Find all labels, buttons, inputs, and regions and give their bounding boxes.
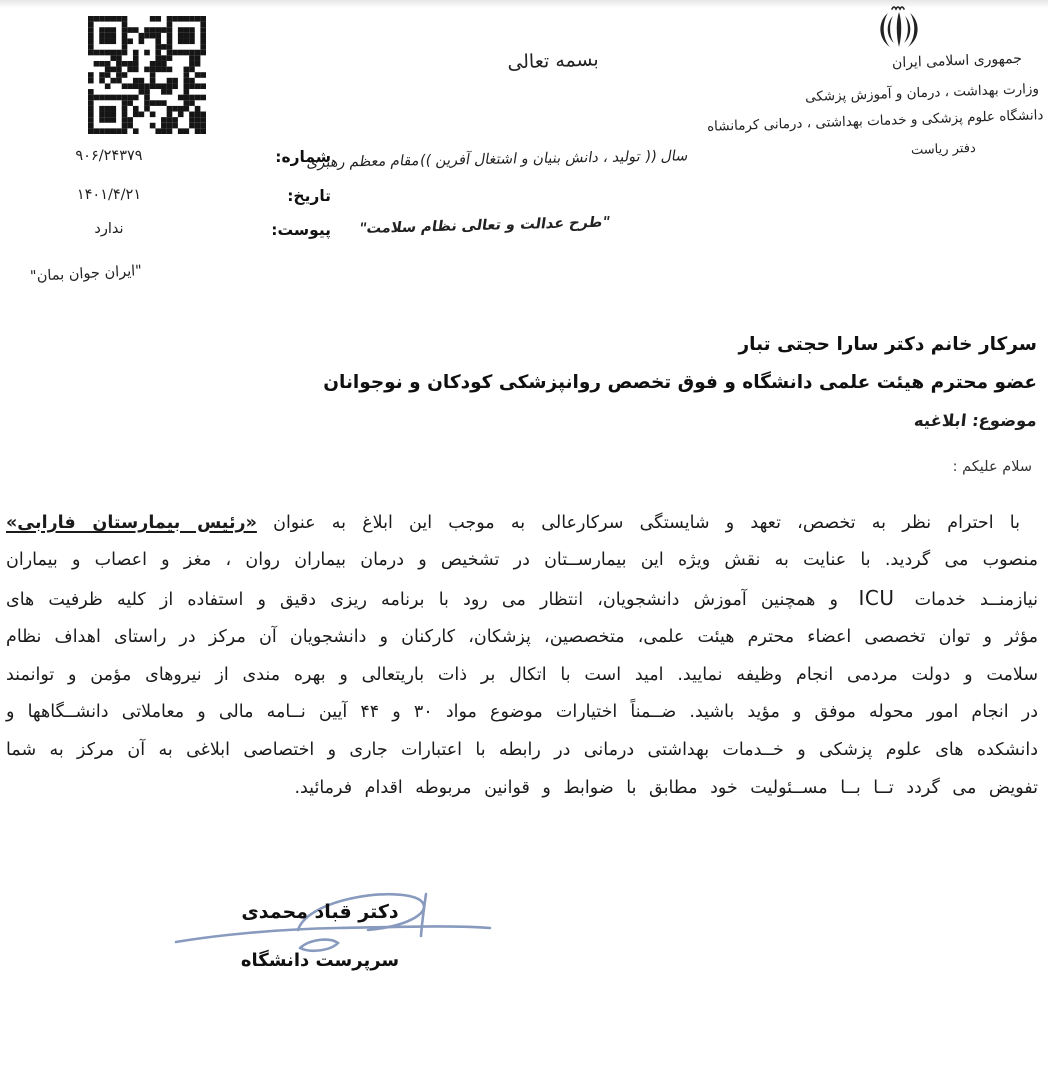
letterhead-office: دفتر ریاست <box>911 141 976 158</box>
recipient-name: سرکار خانم دکتر سارا حجتی تبار <box>323 326 1037 364</box>
subject-line: موضوع: ابلاغیه <box>912 402 1039 440</box>
iran-emblem-icon <box>872 5 926 57</box>
year-slogan-row: سال (( تولید ، دانش بنیان و اشتغال آفرین… <box>386 148 688 169</box>
body-text-1: با احترام نظر به تخصص، تعهد و شایستگی سر… <box>257 513 1020 533</box>
recipient-block: سرکار خانم دکتر سارا حجتی تبار عضو محترم… <box>323 326 1037 440</box>
besmele-text: بسمه تعالی <box>488 48 619 75</box>
attachment-label: پیوست: <box>271 221 331 239</box>
recipient-position: عضو محترم هیئت علمی دانشگاه و فوق تخصص ر… <box>323 364 1037 402</box>
letter-body-paragraph: با احترام نظر به تخصص، تعهد و شایستگی سر… <box>6 505 1038 808</box>
greeting-line: سلام علیکم : <box>953 459 1032 475</box>
letterhead-republic: جمهوری اسلامی ایران <box>892 51 1022 72</box>
year-slogan-attribution: مقام معظم رهبری <box>306 153 421 171</box>
icu-term: ICU <box>852 586 900 610</box>
signer-name: دکتر قباد محمدی <box>230 901 410 923</box>
number-value: ۹۰۶/۲۴۳۷۹ <box>58 148 160 164</box>
health-system-slogan: "طرح عدالت و تعالی نظام سلامت" <box>420 215 610 236</box>
date-label: تاریخ: <box>287 187 331 205</box>
letter-page: بسمه تعالی جمهوری اسلامی ایران وزارت بهد… <box>0 0 1048 1080</box>
qr-code <box>88 16 206 134</box>
health-system-slogan-text: "طرح عدالت و تعالی نظام سلامت" <box>358 214 611 237</box>
date-value: ۱۴۰۱/۴/۲۱ <box>58 187 160 203</box>
year-slogan-text: سال (( تولید ، دانش بنیان و اشتغال آفرین… <box>419 148 690 169</box>
body-text-3: و همچنین آموزش دانشجویان، انتظار می رود … <box>6 590 1038 798</box>
letterhead-university: دانشگاه علوم پزشکی و خدمات بهداشتی ، درم… <box>707 107 1044 135</box>
signer-title: سرپرست دانشگاه <box>230 950 410 971</box>
attachment-value: ندارد <box>58 221 160 237</box>
letterhead-ministry: وزارت بهداشت ، درمان و آموزش پزشکی <box>805 81 1039 105</box>
iran-young-slogan: "ایران جوان بمان" <box>30 263 143 285</box>
appointment-title: «رئیس بیمارستان فارابی» <box>6 513 257 533</box>
